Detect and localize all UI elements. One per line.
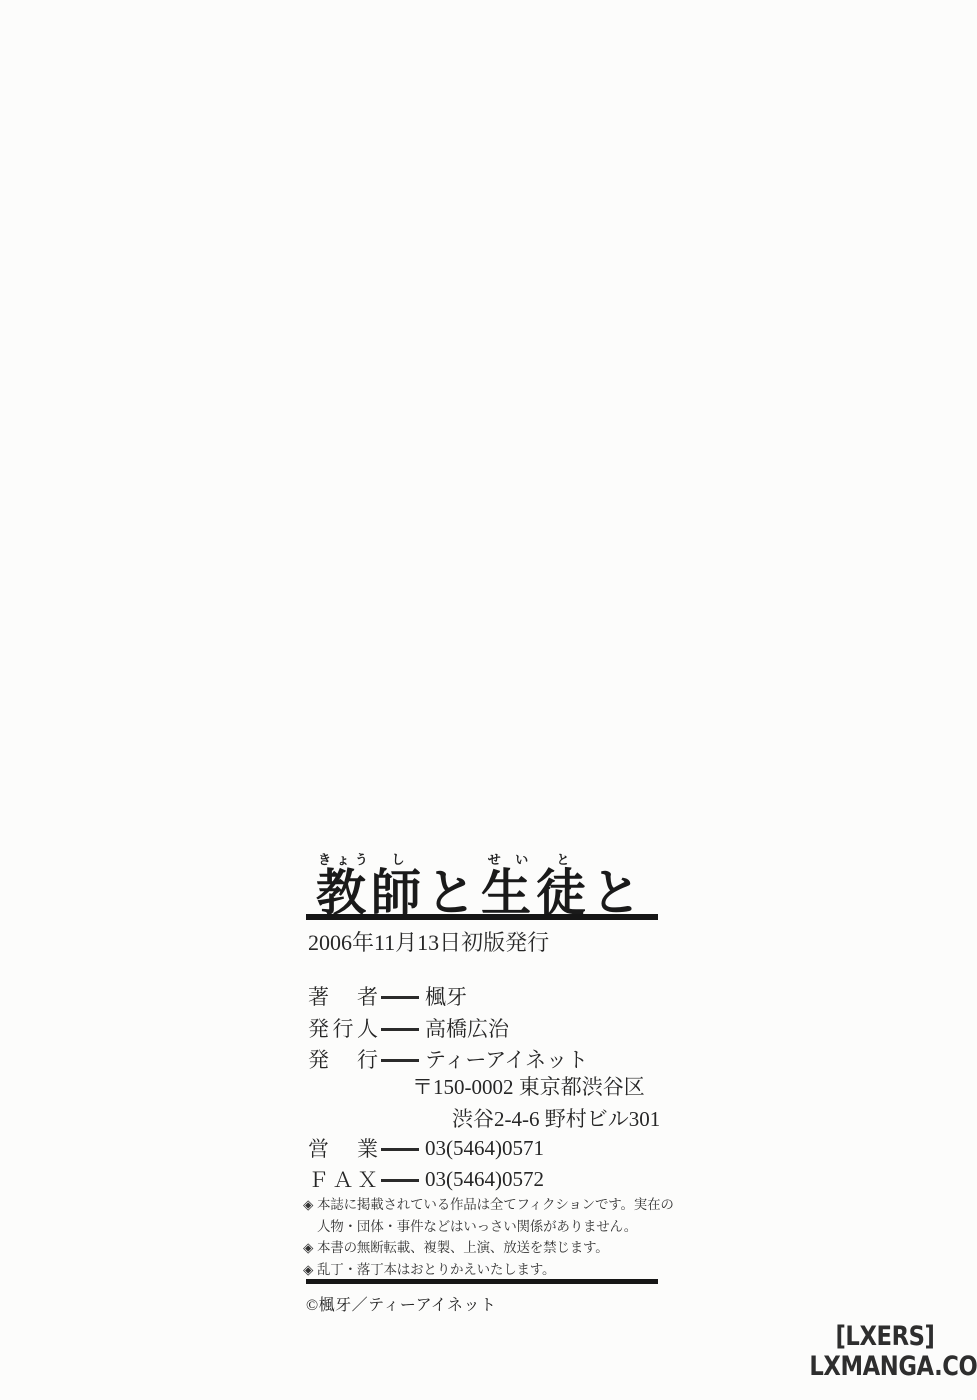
title-char-6: と xyxy=(591,865,646,921)
sales-label: 営業 xyxy=(308,1133,378,1163)
legal-notices: ◈ 本誌に掲載されている作品は全てフィクションです。実在の 人物・団体・事件など… xyxy=(303,1194,674,1280)
publisher-value: ティーアイネット xyxy=(425,1044,588,1074)
book-title: 教きょう師しと生せい徒とと xyxy=(316,852,646,921)
notice-line-1: ◈ 本誌に掲載されている作品は全てフィクションです。実在の xyxy=(303,1194,674,1216)
author-label: 著者 xyxy=(308,981,378,1011)
notice-text: 本書の無断転載、複製、上演、放送を禁じます。 xyxy=(317,1237,609,1259)
publisher-address-line-1: 〒150-0002 東京都渋谷区 xyxy=(412,1071,645,1101)
publisher-address-line-2: 渋谷2-4-6 野村ビル301 xyxy=(452,1103,660,1133)
diamond-bullet-icon: ◈ xyxy=(303,1194,317,1216)
bullet-spacer xyxy=(303,1216,317,1238)
copyright-line: ©楓牙／ティーアイネット xyxy=(306,1292,496,1315)
connector-dash xyxy=(381,996,419,999)
publisher-person-label: 発行人 xyxy=(308,1013,378,1043)
title-char-3: と xyxy=(426,865,481,921)
title-char-4: 生せい xyxy=(481,865,536,921)
fax-label: ＦＡＸ xyxy=(308,1164,378,1194)
notice-line-3: ◈ 本書の無断転載、複製、上演、放送を禁じます。 xyxy=(303,1237,674,1259)
diamond-bullet-icon: ◈ xyxy=(303,1259,317,1281)
notice-line-2: 人物・団体・事件などはいっさい関係がありません。 xyxy=(303,1216,674,1238)
colophon-page: 教きょう師しと生せい徒とと 2006年11月13日初版発行 著者 楓牙 発行人 … xyxy=(0,0,977,1400)
title-divider-rule xyxy=(306,914,658,920)
notice-text: 本誌に掲載されている作品は全てフィクションです。実在の xyxy=(317,1194,674,1216)
footer-divider-rule xyxy=(306,1279,658,1284)
author-row: 著者 楓牙 xyxy=(308,983,467,1009)
sales-phone-value: 03(5464)0571 xyxy=(425,1136,544,1161)
connector-dash xyxy=(381,1148,419,1151)
notice-text: 乱丁・落丁本はおとりかえいたします。 xyxy=(317,1259,555,1281)
diamond-bullet-icon: ◈ xyxy=(303,1237,317,1259)
publisher-person-value: 高橋広治 xyxy=(425,1013,509,1043)
watermark-group-tag: [LXERS] xyxy=(809,1322,960,1352)
connector-dash xyxy=(381,1059,419,1062)
title-char-1: 教きょう xyxy=(316,865,371,921)
publisher-person-row: 発行人 高橋広治 xyxy=(308,1015,509,1041)
publisher-label: 発行 xyxy=(308,1044,378,1074)
publisher-row: 発行 ティーアイネット xyxy=(308,1046,588,1072)
notice-text: 人物・団体・事件などはいっさい関係がありません。 xyxy=(317,1216,637,1238)
title-char-5: 徒と xyxy=(536,865,591,921)
fax-row: ＦＡＸ 03(5464)0572 xyxy=(308,1166,544,1192)
watermark-site-name: LXMANGA.COM xyxy=(809,1352,960,1382)
notice-line-4: ◈ 乱丁・落丁本はおとりかえいたします。 xyxy=(303,1259,674,1281)
edition-date: 2006年11月13日初版発行 xyxy=(308,926,549,957)
scanlation-watermark: [LXERS] LXMANGA.COM xyxy=(809,1322,960,1382)
connector-dash xyxy=(381,1028,419,1031)
title-char-2: 師し xyxy=(371,865,426,921)
connector-dash xyxy=(381,1179,419,1182)
fax-value: 03(5464)0572 xyxy=(425,1167,544,1192)
author-value: 楓牙 xyxy=(425,981,467,1011)
sales-phone-row: 営業 03(5464)0571 xyxy=(308,1135,544,1161)
